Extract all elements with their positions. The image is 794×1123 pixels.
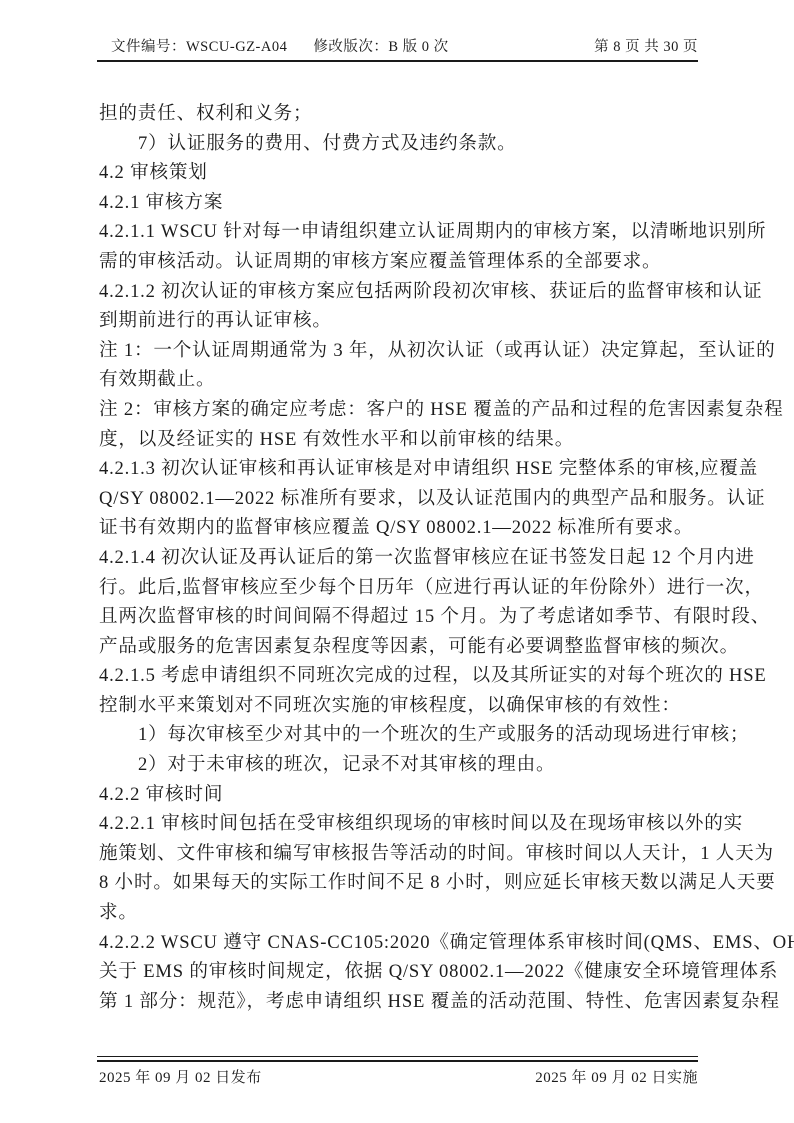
footer-divider-rule-thick	[97, 1060, 698, 1062]
note-line: 度，以及经证实的 HSE 有效性水平和以前审核的结果。	[99, 425, 699, 455]
body-line: 施策划、文件审核和编写审核报告等活动的时间。审核时间以人天计，1 人天为	[99, 839, 699, 869]
note-line: 有效期截止。	[99, 365, 699, 395]
body-line: 关于 EMS 的审核时间规定，依据 Q/SY 08002.1—2022《健康安全…	[99, 957, 699, 987]
body-line: 7）认证服务的费用、付费方式及违约条款。	[99, 129, 699, 159]
section-heading: 4.2.1 审核方案	[99, 188, 699, 218]
body-line: 4.2.1.1 WSCU 针对每一申请组织建立认证周期内的审核方案，以清晰地识别…	[99, 217, 699, 247]
body-line: Q/SY 08002.1—2022 标准所有要求，以及认证范围内的典型产品和服务…	[99, 484, 699, 514]
list-item: 2）对于未审核的班次，记录不对其审核的理由。	[99, 750, 699, 780]
page-footer: 2025 年 09 月 02 日发布 2025 年 09 月 02 日实施	[99, 1066, 698, 1087]
body-line: 担的责任、权利和义务；	[99, 99, 699, 129]
body-line: 证书有效期内的监督审核应覆盖 Q/SY 08002.1—2022 标准所有要求。	[99, 513, 699, 543]
body-line: 4.2.2.1 审核时间包括在受审核组织现场的审核时间以及在现场审核以外的实	[99, 809, 699, 839]
header-doc-number: 文件编号：WSCU-GZ-A04	[111, 35, 287, 56]
body-line: 求。	[99, 898, 699, 928]
body-line: 4.2.1.3 初次认证审核和再认证审核是对申请组织 HSE 完整体系的审核,应…	[99, 454, 699, 484]
section-heading: 4.2.2 审核时间	[99, 780, 699, 810]
body-line: 到期前进行的再认证审核。	[99, 306, 699, 336]
footer-divider-rule-thin	[97, 1056, 698, 1057]
footer-issue-date: 2025 年 09 月 02 日发布	[99, 1066, 262, 1087]
document-page: 文件编号：WSCU-GZ-A04 修改版次：B 版 0 次 第 8 页 共 30…	[0, 0, 794, 1123]
body-line: 4.2.2.2 WSCU 遵守 CNAS-CC105:2020《确定管理体系审核…	[99, 928, 699, 958]
body-line: 4.2.1.2 初次认证的审核方案应包括两阶段初次审核、获证后的监督审核和认证	[99, 277, 699, 307]
body-line: 控制水平来策划对不同班次实施的审核程度，以确保审核的有效性：	[99, 691, 699, 721]
note-line: 注 1：一个认证周期通常为 3 年，从初次认证（或再认证）决定算起，至认证的	[99, 336, 699, 366]
note-line: 注 2：审核方案的确定应考虑：客户的 HSE 覆盖的产品和过程的危害因素复杂程	[99, 395, 699, 425]
list-item: 1）每次审核至少对其中的一个班次的生产或服务的活动现场进行审核；	[99, 720, 699, 750]
header-page-number: 第 8 页 共 30 页	[594, 35, 698, 56]
body-line: 产品或服务的危害因素复杂程度等因素，可能有必要调整监督审核的频次。	[99, 632, 699, 662]
body-line: 行。此后,监督审核应至少每个日历年（应进行再认证的年份除外）进行一次，	[99, 573, 699, 603]
header-divider-rule	[97, 60, 698, 62]
body-line: 4.2.1.5 考虑申请组织不同班次完成的过程，以及其所证实的对每个班次的 HS…	[99, 661, 699, 691]
header-revision: 修改版次：B 版 0 次	[313, 35, 448, 56]
body-line: 且两次监督审核的时间间隔不得超过 15 个月。为了考虑诸如季节、有限时段、	[99, 602, 699, 632]
body-line: 8 小时。如果每天的实际工作时间不足 8 小时，则应延长审核天数以满足人天要	[99, 868, 699, 898]
body-line: 需的审核活动。认证周期的审核方案应覆盖管理体系的全部要求。	[99, 247, 699, 277]
page-header: 文件编号：WSCU-GZ-A04 修改版次：B 版 0 次 第 8 页 共 30…	[97, 35, 698, 56]
document-body: 担的责任、权利和义务； 7）认证服务的费用、付费方式及违约条款。 4.2 审核策…	[99, 99, 699, 1016]
body-line: 第 1 部分：规范》，考虑申请组织 HSE 覆盖的活动范围、特性、危害因素复杂程	[99, 987, 699, 1017]
body-line: 4.2.1.4 初次认证及再认证后的第一次监督审核应在证书签发日起 12 个月内…	[99, 543, 699, 573]
section-heading: 4.2 审核策划	[99, 158, 699, 188]
footer-implement-date: 2025 年 09 月 02 日实施	[535, 1066, 698, 1087]
